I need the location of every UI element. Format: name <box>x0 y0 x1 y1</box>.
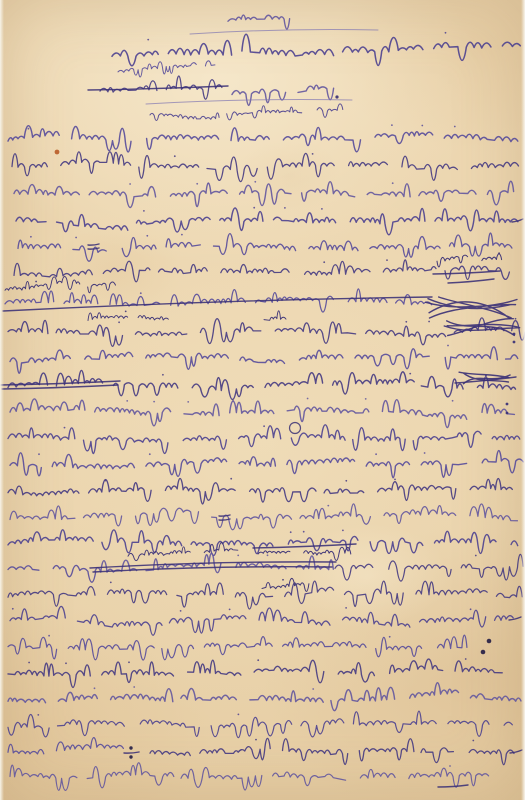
ink-dot <box>110 582 112 584</box>
strikethrough-stroke <box>146 100 352 105</box>
handwritten-line <box>10 347 518 373</box>
ink-dot <box>321 208 323 210</box>
ink-dot <box>445 32 447 34</box>
punctuation-dot <box>335 95 338 98</box>
ink-dot <box>515 318 517 320</box>
handwritten-line <box>8 738 123 754</box>
ink-dot <box>94 687 96 689</box>
handwritten-line <box>18 233 512 261</box>
ink-dot <box>365 398 367 400</box>
ink-dot <box>465 658 467 660</box>
handwritten-line <box>8 479 512 504</box>
handwritten-line <box>8 425 520 454</box>
ink-dot <box>133 686 135 688</box>
ink-dot <box>472 740 474 742</box>
handwritten-line <box>12 152 519 182</box>
handwriting-layer <box>0 0 525 800</box>
ink-dot <box>253 207 255 209</box>
ink-dot <box>237 555 239 557</box>
ink-dot <box>30 236 32 238</box>
handwritten-line <box>8 565 96 582</box>
handwritten-line <box>8 635 467 660</box>
ink-dot <box>342 530 344 532</box>
handwritten-line <box>8 318 525 346</box>
ink-dot <box>470 608 472 610</box>
strikethrough-stroke <box>219 519 230 520</box>
handwritten-line <box>8 370 516 399</box>
ink-dot <box>421 125 423 127</box>
ink-dot <box>129 183 131 185</box>
ink-dot <box>424 452 426 454</box>
punctuation-dot <box>481 650 486 655</box>
handwritten-line <box>232 85 334 105</box>
handwritten-line <box>10 763 489 791</box>
punctuation-dot <box>487 639 492 644</box>
ink-dot <box>303 531 305 533</box>
punctuation-dot <box>129 755 132 758</box>
handwritten-line <box>8 711 512 737</box>
crossout-scribble <box>444 319 519 336</box>
ink-dot <box>392 182 394 184</box>
punctuation-dot <box>506 412 509 415</box>
circled-correction-mark <box>290 423 301 434</box>
handwritten-line <box>10 451 523 478</box>
ink-dot <box>126 400 128 402</box>
ink-dot <box>105 480 107 482</box>
ink-dot <box>391 124 393 126</box>
handwritten-line <box>8 683 521 711</box>
ink-dot <box>452 400 454 402</box>
handwritten-line <box>8 126 518 152</box>
ink-dot <box>65 662 67 664</box>
ink-dot <box>48 635 50 637</box>
handwritten-line <box>88 313 168 321</box>
ink-dot <box>267 554 269 556</box>
handwritten-line <box>8 581 522 609</box>
handwritten-line <box>5 289 432 312</box>
ink-dot <box>153 401 155 403</box>
ink-dot <box>196 183 198 185</box>
ink-dot <box>257 659 259 661</box>
ink-dot <box>125 311 127 313</box>
handwritten-line <box>228 15 303 29</box>
handwritten-line <box>150 104 343 121</box>
ink-dot <box>128 661 130 663</box>
handwritten-line <box>264 311 286 320</box>
ink-dot <box>255 739 257 741</box>
strikethrough-stroke <box>433 271 500 274</box>
handwritten-line <box>112 34 520 65</box>
ink-dot <box>475 555 477 557</box>
ink-dot <box>454 126 456 128</box>
ink-dot <box>254 181 256 183</box>
handwritten-line <box>10 399 514 428</box>
manuscript-page <box>0 0 525 800</box>
ink-dot <box>174 155 176 157</box>
strikethrough-stroke <box>448 279 494 283</box>
ink-dot <box>229 609 231 611</box>
ink-dot <box>312 688 314 690</box>
handwritten-line <box>118 61 215 77</box>
ink-dot <box>143 210 145 212</box>
punctuation-dot <box>513 333 516 336</box>
ink-dot <box>405 321 407 323</box>
ink-dot <box>498 252 500 254</box>
ink-dot <box>35 281 37 283</box>
handwritten-line <box>262 578 309 591</box>
ink-dot <box>187 401 189 403</box>
handwritten-line <box>258 547 351 560</box>
ink-dot <box>409 373 411 375</box>
ink-dot <box>64 427 66 429</box>
ink-dot <box>181 234 183 236</box>
punctuation-dot <box>506 403 509 406</box>
ink-dot <box>284 207 286 209</box>
ink-dot <box>394 479 396 481</box>
ink-dot <box>28 128 30 130</box>
ink-dot <box>375 453 377 455</box>
ink-dot <box>232 400 234 402</box>
ink-dot <box>323 261 325 263</box>
scan-edge-right <box>521 0 525 800</box>
paper-speck <box>55 150 60 155</box>
ink-dot <box>238 714 240 716</box>
ink-dot <box>118 321 120 323</box>
ink-dot <box>389 636 391 638</box>
handwritten-line <box>14 181 514 207</box>
punctuation-dot <box>129 746 132 749</box>
ink-dot <box>37 714 39 716</box>
ink-dot <box>449 765 451 767</box>
ink-dot <box>428 321 430 323</box>
strikethrough-stroke <box>2 385 118 389</box>
ink-dot <box>162 374 164 376</box>
ink-dot <box>230 478 232 480</box>
strikethrough-stroke <box>190 30 378 35</box>
ink-dot <box>263 425 265 427</box>
ink-dot <box>386 259 388 261</box>
ink-dot <box>140 292 142 294</box>
ink-dot <box>290 531 292 533</box>
ink-dot <box>149 453 151 455</box>
ink-dot <box>307 398 309 400</box>
handwritten-line <box>10 504 517 530</box>
ink-dot <box>75 237 77 239</box>
handwritten-line <box>16 208 518 235</box>
ink-dot <box>12 608 14 610</box>
ink-dot <box>327 505 329 507</box>
strikethrough-stroke <box>124 752 139 753</box>
ink-dot <box>447 345 449 347</box>
ink-dot <box>28 662 30 664</box>
punctuation-dot <box>513 341 516 344</box>
handwritten-line <box>8 530 518 556</box>
handwritten-line <box>10 606 513 635</box>
ink-dot <box>345 607 347 609</box>
ink-dot <box>207 183 209 185</box>
handwritten-line <box>437 254 502 267</box>
strikethrough-stroke <box>438 785 468 787</box>
strikethrough-stroke <box>88 244 99 245</box>
ink-dot <box>147 39 149 41</box>
crossout-scribble <box>459 372 510 384</box>
handwritten-line <box>8 659 518 687</box>
strikethrough-stroke <box>509 617 521 620</box>
ink-dot <box>282 579 284 581</box>
handwritten-line <box>150 738 514 764</box>
handwritten-line <box>5 276 115 292</box>
ink-dot <box>180 610 182 612</box>
ink-dot <box>146 235 148 237</box>
handwritten-line <box>14 260 509 282</box>
crossout-scribble <box>426 297 517 319</box>
ink-dot <box>38 453 40 455</box>
scan-edge-left <box>0 0 4 800</box>
ink-dot <box>345 480 347 482</box>
ink-dot <box>312 153 314 155</box>
handwritten-line <box>335 554 523 581</box>
